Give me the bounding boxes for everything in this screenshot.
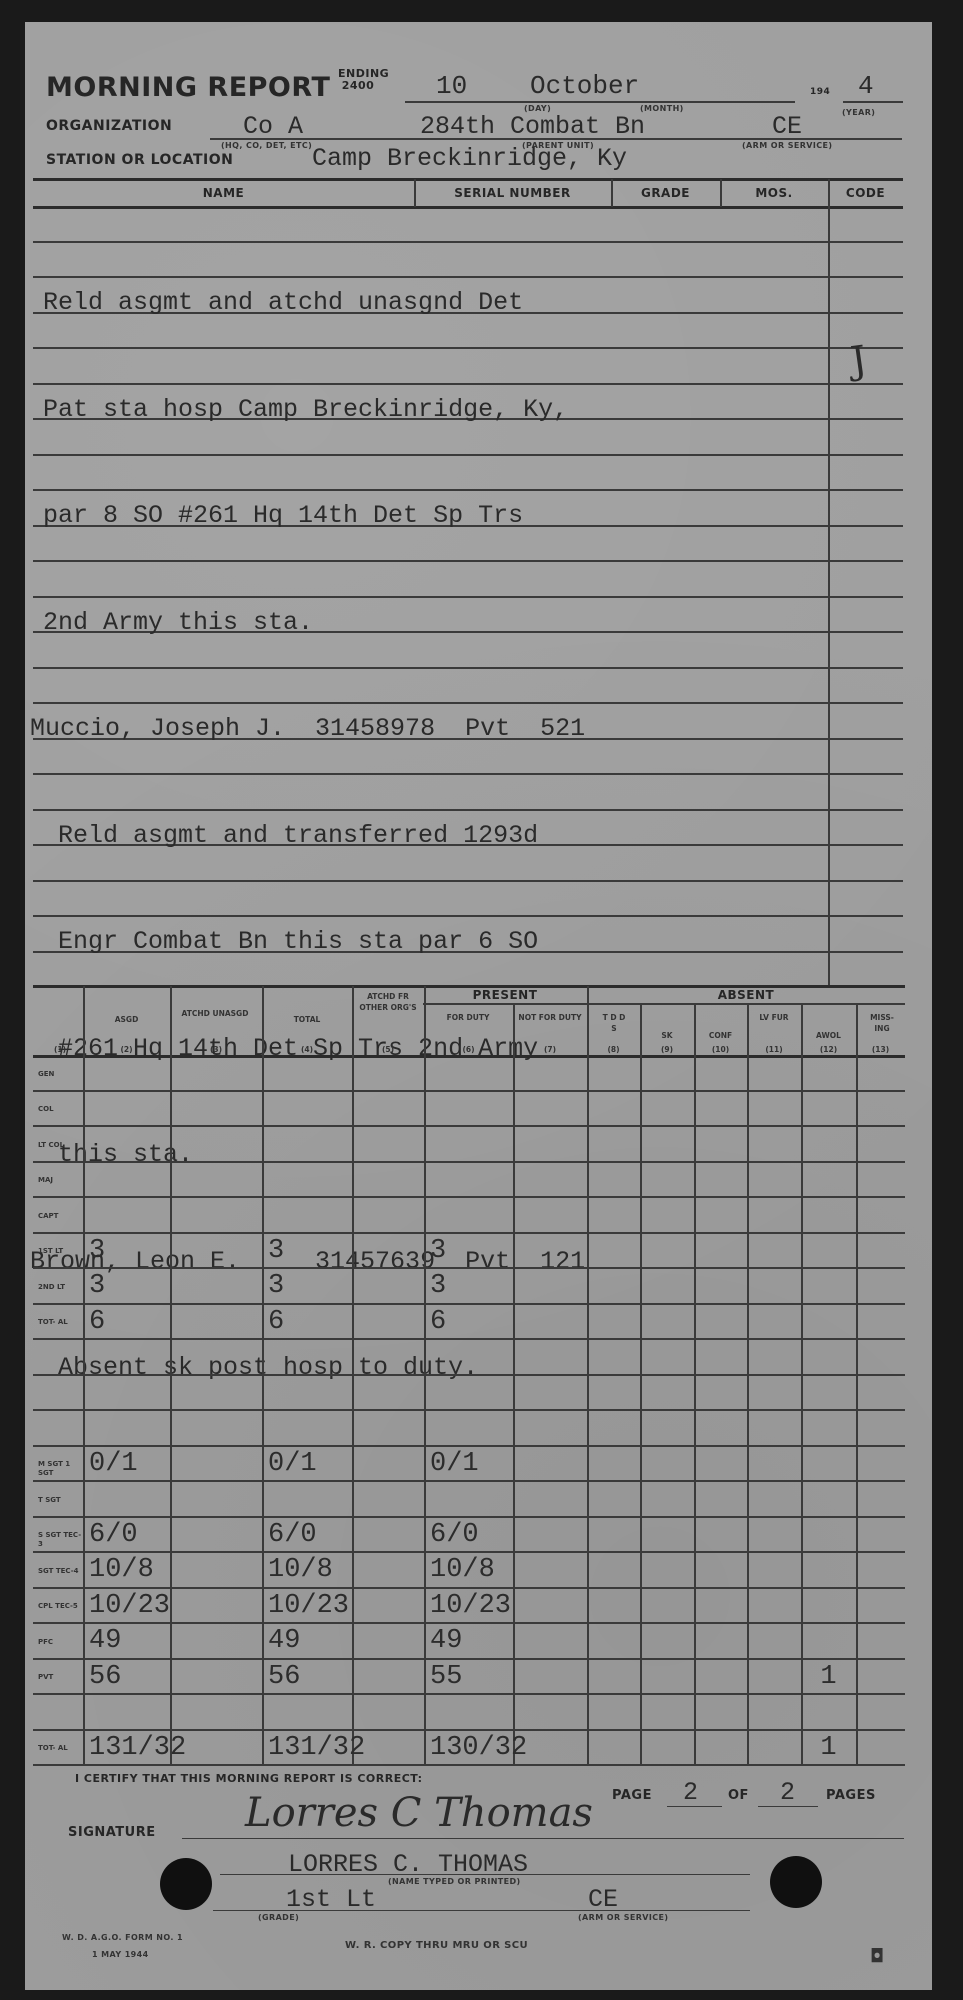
cell-awol: 1	[801, 1733, 856, 1763]
cell-for-duty: 6/0	[430, 1520, 549, 1550]
cell-for-duty: 0/1	[430, 1449, 549, 1479]
entry-line: this sta.	[43, 1137, 585, 1173]
cell-for-duty: 3	[430, 1236, 549, 1266]
row-label: GEN	[38, 1070, 82, 1079]
month-caption: (MONTH)	[640, 104, 684, 113]
col-header-conf: CONF	[694, 1030, 747, 1041]
col-divider	[640, 1004, 642, 1766]
punch-hole-left	[160, 1858, 212, 1910]
row-label: COL	[38, 1105, 82, 1114]
col-num: (5)	[352, 1044, 424, 1055]
cell-asgd: 56	[89, 1662, 206, 1692]
col-header-sk: SK	[640, 1030, 694, 1041]
col-header-atchd-other: ATCHD FR OTHER ORG'S	[354, 991, 422, 1013]
cell-total: 131/32	[268, 1733, 388, 1763]
col-num: (6)	[424, 1044, 513, 1055]
group-header-rule	[423, 1003, 905, 1005]
col-num: (11)	[747, 1044, 801, 1055]
entry-line: Absent sk post hosp to duty.	[43, 1350, 585, 1386]
col-header-total: TOTAL	[262, 1014, 352, 1025]
row-rule	[33, 1196, 905, 1198]
col-num: (2)	[83, 1044, 170, 1055]
organization-unit: Co A	[243, 112, 303, 141]
col-divider	[424, 986, 426, 1766]
cell-asgd: 131/32	[89, 1733, 206, 1763]
cell-for-duty: 49	[430, 1626, 549, 1656]
row-label: 1ST LT	[38, 1247, 82, 1256]
row-label: S SGT TEC-3	[38, 1531, 82, 1549]
row-label: PVT	[38, 1673, 82, 1682]
row-label: CAPT	[38, 1212, 82, 1221]
cell-asgd: 0/1	[89, 1449, 206, 1479]
name-table-top-rule	[33, 178, 903, 181]
row-rule	[33, 1693, 905, 1695]
col-header-tdds: T D D S	[600, 1012, 628, 1034]
entry-line: par 8 SO #261 Hq 14th Det Sp Trs	[43, 498, 585, 534]
signature-label: SIGNATURE	[68, 1825, 156, 1840]
cell-for-duty: 6	[430, 1307, 549, 1337]
entry-line: Reld asgmt and atchd unasgnd Det	[43, 285, 585, 321]
col-num: (12)	[801, 1044, 856, 1055]
entry-line: Engr Combat Bn this sta par 6 SO	[43, 924, 585, 960]
name-line	[220, 1874, 750, 1875]
col-divider	[83, 986, 85, 1766]
grade-caption: (GRADE)	[258, 1913, 299, 1922]
arm-caption: (ARM OR SERVICE)	[742, 141, 832, 150]
name-table-header-rule	[33, 206, 903, 209]
cell-total: 10/8	[268, 1555, 388, 1585]
cell-asgd: 10/23	[89, 1591, 206, 1621]
col-header-asgd: ASGD	[83, 1014, 170, 1025]
cell-total: 3	[268, 1236, 388, 1266]
row-rule	[33, 1125, 905, 1127]
signature: Lorres C Thomas	[245, 1790, 593, 1836]
code-column-divider	[828, 179, 830, 987]
page-label: PAGE	[612, 1788, 652, 1803]
copy-note: W. R. COPY THRU MRU OR SCU	[345, 1940, 528, 1951]
report-year: 4	[858, 71, 874, 101]
cell-for-duty: 55	[430, 1662, 549, 1692]
unit-caption: (HQ, CO, DET, ETC)	[221, 141, 312, 150]
name-caption: (NAME TYPED OR PRINTED)	[388, 1877, 521, 1886]
col-divider	[262, 986, 264, 1766]
cell-for-duty: 3	[430, 1271, 549, 1301]
col-num: (10)	[694, 1044, 747, 1055]
total-pages: 2	[780, 1778, 795, 1807]
row-label: MAJ	[38, 1176, 82, 1185]
year-prefix: 194	[810, 87, 830, 97]
strength-table-header-rule	[33, 1055, 905, 1058]
row-label: SGT TEC-4	[38, 1567, 82, 1576]
col-header-code: CODE	[828, 186, 903, 200]
certification-statement: I CERTIFY THAT THIS MORNING REPORT IS CO…	[75, 1772, 423, 1785]
col-header-missing: MISS- ING	[862, 1012, 902, 1034]
col-header-mos: MOS.	[720, 186, 828, 200]
row-rule	[33, 1338, 905, 1340]
entry-line: Reld asgmt and transferred 1293d	[43, 818, 585, 854]
cell-asgd: 6	[89, 1307, 206, 1337]
ending-label: ENDING 2400	[338, 68, 378, 92]
col-num: (3)	[170, 1044, 262, 1055]
of-label: OF	[728, 1788, 749, 1803]
entry-line: 2nd Army this sta.	[43, 605, 585, 641]
row-label: CPL TEC-5	[38, 1602, 82, 1611]
col-num: (7)	[513, 1044, 587, 1055]
col-header-lv-fur: LV FUR	[758, 1012, 790, 1023]
row-rule	[33, 1445, 905, 1447]
ending-time: 2400	[338, 80, 378, 92]
row-rule	[33, 1622, 905, 1624]
row-label: LT COL	[38, 1141, 82, 1150]
col-divider	[801, 1004, 803, 1766]
col-header-awol: AWOL	[801, 1030, 856, 1041]
col-divider	[587, 986, 589, 1766]
row-rule	[33, 1764, 905, 1766]
row-rule	[33, 1587, 905, 1589]
form-title: MORNING REPORT	[46, 72, 330, 103]
cell-total: 0/1	[268, 1449, 388, 1479]
row-label: TOT- AL	[38, 1744, 82, 1753]
signature-line	[182, 1838, 904, 1839]
cell-for-duty: 10/23	[430, 1591, 549, 1621]
date-underline	[405, 101, 795, 103]
row-rule	[33, 1161, 905, 1163]
station-value: Camp Breckinridge, Ky	[312, 144, 627, 173]
station-label: STATION OR LOCATION	[46, 152, 233, 168]
row-rule	[33, 1551, 905, 1553]
row-label: T SGT	[38, 1496, 82, 1505]
cell-asgd: 10/8	[89, 1555, 206, 1585]
row-rule	[33, 1409, 905, 1411]
row-rule	[33, 1232, 905, 1234]
col-divider	[694, 1004, 696, 1766]
row-rule	[33, 1516, 905, 1518]
cell-total: 3	[268, 1271, 388, 1301]
col-num: (9)	[640, 1044, 694, 1055]
group-absent: ABSENT	[587, 988, 905, 1002]
cell-asgd: 6/0	[89, 1520, 206, 1550]
row-label: M SGT 1 SGT	[38, 1460, 82, 1478]
row-rule	[33, 1729, 905, 1731]
cell-total: 6/0	[268, 1520, 388, 1550]
cell-total: 49	[268, 1626, 388, 1656]
report-month: October	[530, 71, 639, 101]
row-label: 2ND LT	[38, 1283, 82, 1292]
cell-asgd: 3	[89, 1236, 206, 1266]
year-caption: (YEAR)	[842, 108, 875, 117]
entry-line: Muccio, Joseph J. 31458978 Pvt 521	[30, 711, 585, 747]
form-date: 1 MAY 1944	[92, 1950, 149, 1959]
col-header-serial: SERIAL NUMBER	[414, 186, 611, 200]
punch-hole-right	[770, 1856, 822, 1908]
row-rule	[33, 1658, 905, 1660]
row-rule	[33, 1090, 905, 1092]
arm-caption-bottom: (ARM OR SERVICE)	[578, 1913, 668, 1922]
organization-label: ORGANIZATION	[46, 118, 172, 134]
col-header-not-for-duty: NOT FOR DUTY	[515, 1012, 585, 1023]
form-number: W. D. A.G.O. FORM NO. 1	[62, 1933, 183, 1942]
col-header-name: NAME	[33, 186, 414, 200]
report-day: 10	[436, 71, 467, 101]
row-label: PFC	[38, 1638, 82, 1647]
col-header-atchd-unasgd: ATCHD UNASGD	[178, 1008, 252, 1019]
row-rule	[33, 1374, 905, 1376]
cell-total: 56	[268, 1662, 388, 1692]
row-rule	[33, 1267, 905, 1269]
cell-total: 6	[268, 1307, 388, 1337]
row-rule	[33, 1480, 905, 1482]
cell-awol: 1	[801, 1662, 856, 1692]
row-label: TOT- AL	[38, 1318, 82, 1327]
parent-unit: 284th Combat Bn	[420, 112, 645, 141]
cell-asgd: 49	[89, 1626, 206, 1656]
year-underline	[843, 101, 903, 103]
entry-line: Pat sta hosp Camp Breckinridge, Ky,	[43, 392, 585, 428]
col-num: (13)	[856, 1044, 905, 1055]
col-num: (8)	[587, 1044, 640, 1055]
cell-for-duty: 10/8	[430, 1555, 549, 1585]
col-num: (4)	[262, 1044, 352, 1055]
group-present: PRESENT	[423, 988, 587, 1002]
row-rule	[33, 1303, 905, 1305]
page-number: 2	[683, 1778, 698, 1807]
pages-label: PAGES	[826, 1788, 876, 1803]
cell-for-duty: 130/32	[430, 1733, 549, 1763]
col-header-for-duty: FOR DUTY	[430, 1012, 506, 1023]
grade-line	[213, 1910, 750, 1911]
col-divider	[856, 1004, 858, 1766]
arm-service: CE	[772, 112, 802, 141]
col-header-grade: GRADE	[611, 186, 720, 200]
col-divider	[747, 1004, 749, 1766]
col-num: (1)	[37, 1044, 83, 1055]
box-mark-icon: ◘	[870, 1946, 884, 1967]
cell-asgd: 3	[89, 1271, 206, 1301]
cell-total: 10/23	[268, 1591, 388, 1621]
